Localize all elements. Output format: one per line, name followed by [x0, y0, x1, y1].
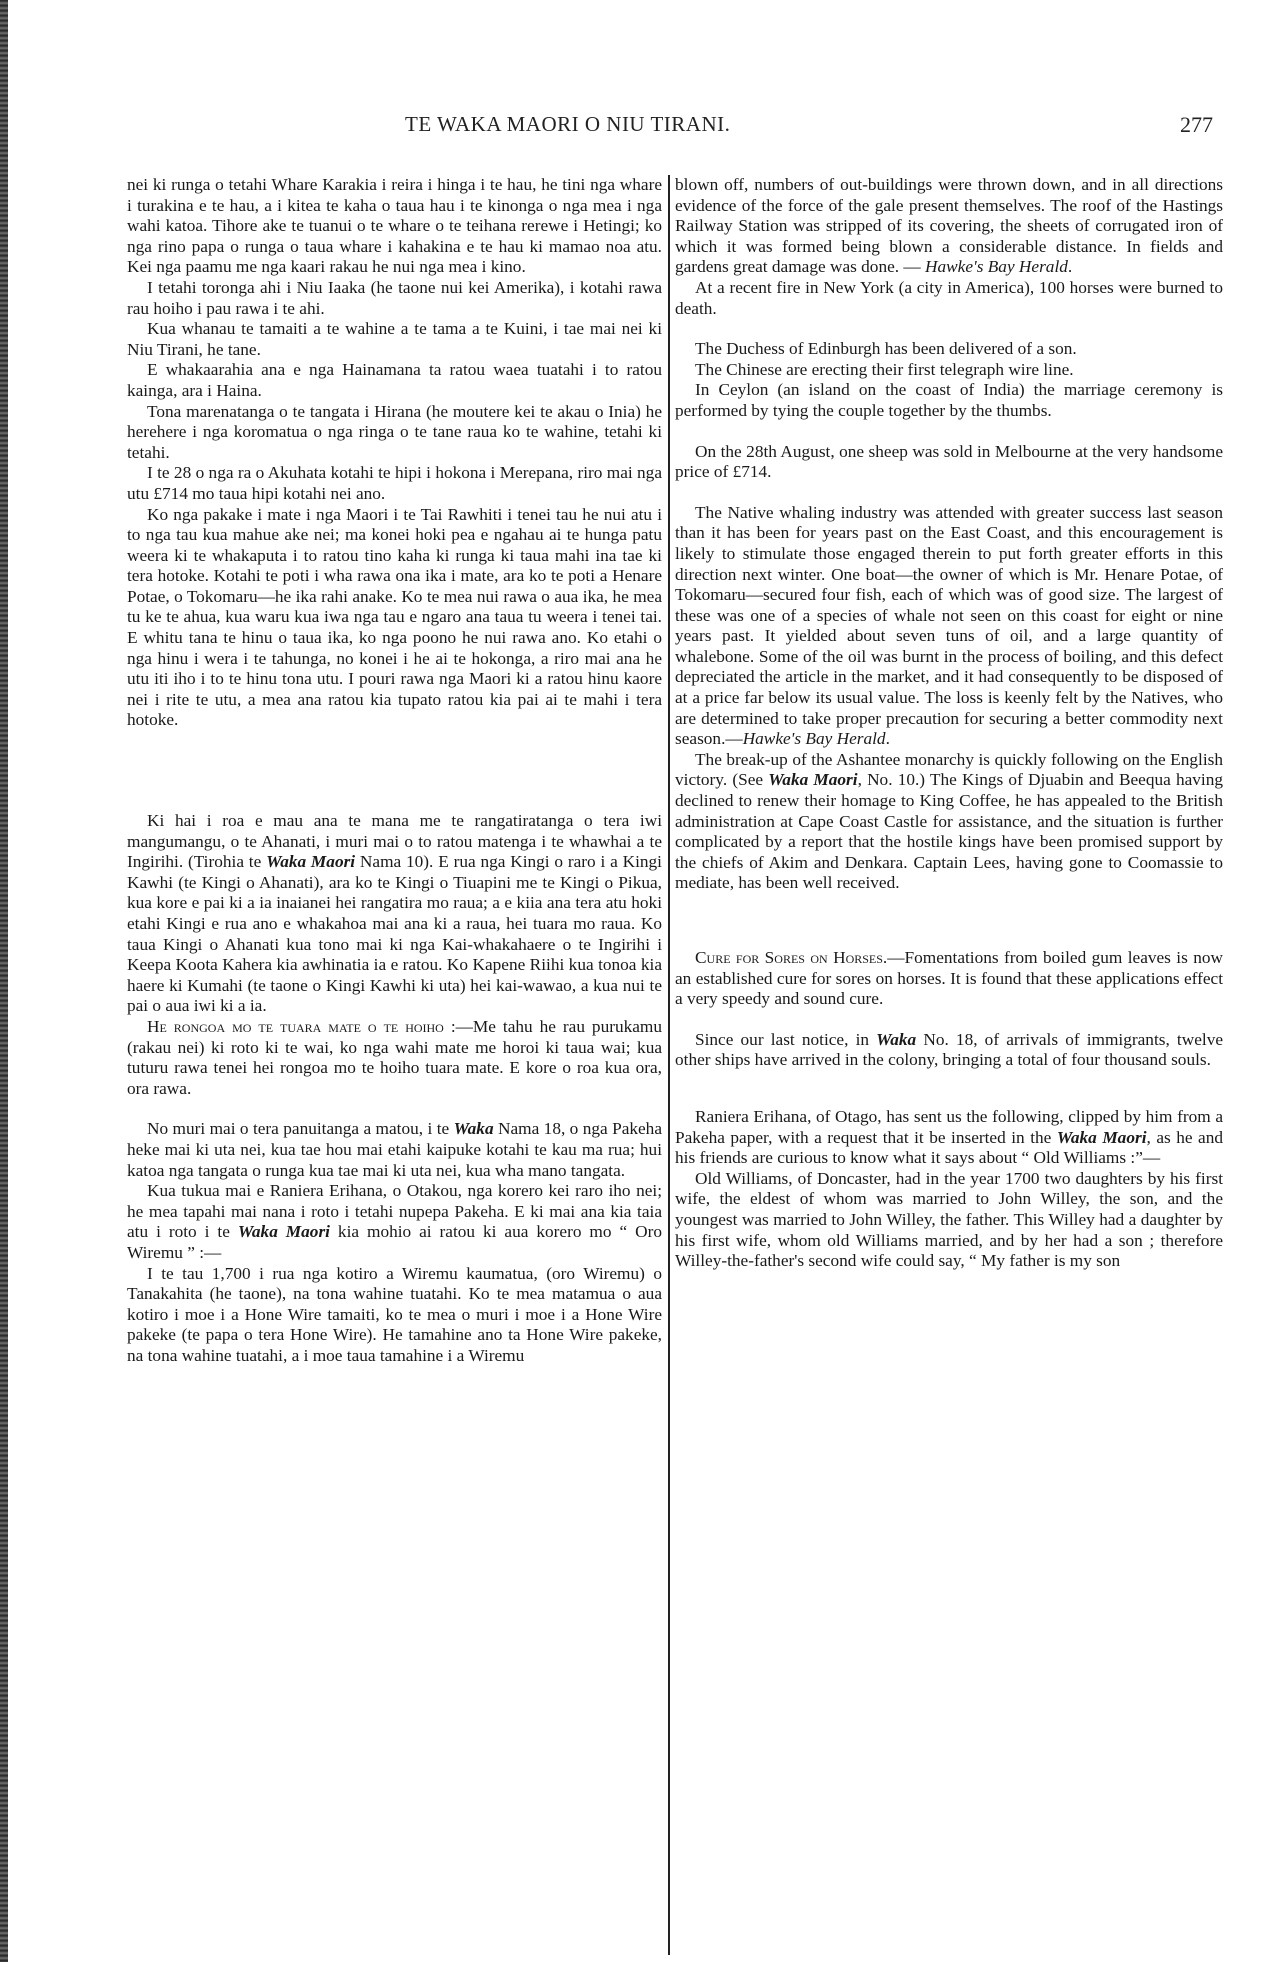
source-citation: Hawke's Bay Herald [743, 729, 886, 748]
paragraph-horse-cure-english: Cure for Sores on Horses.—Fomentations f… [675, 948, 1223, 1010]
left-column-maori: nei ki runga o tetahi Whare Karakia i re… [127, 175, 662, 1366]
page-binding-edge [0, 0, 8, 1962]
paragraph-ceylon-english: In Ceylon (an island on the coast of Ind… [675, 380, 1223, 421]
right-column-english: blown off, numbers of out-buildings were… [675, 175, 1223, 1272]
paragraph-whaling-maori: Ko nga pakake i mate i nga Maori i te Ta… [127, 505, 662, 732]
paragraph-fire-english: At a recent fire in New York (a city in … [675, 278, 1223, 319]
publication-name: Waka [454, 1119, 494, 1138]
paragraph-old-williams-maori: I te tau 1,700 i rua nga kotiro a Wiremu… [127, 1264, 662, 1367]
paragraph-telegraph-maori: E whakaarahia ana e nga Hainamana ta rat… [127, 360, 662, 401]
paragraph-telegraph-english: The Chinese are erecting their first tel… [675, 360, 1223, 381]
paragraph-storm-maori: nei ki runga o tetahi Whare Karakia i re… [127, 175, 662, 278]
paragraph-raniera-maori: Kua tukua mai e Raniera Erihana, o Otako… [127, 1181, 662, 1263]
paragraph-ceylon-maori: Tona marenatanga o te tangata i Hirana (… [127, 402, 662, 464]
paragraph-duchess-english: The Duchess of Edinburgh has been delive… [675, 339, 1223, 360]
page-number: 277 [1180, 112, 1213, 138]
paragraph-raniera-english: Raniera Erihana, of Otago, has sent us t… [675, 1107, 1223, 1169]
paragraph-storm-english: blown off, numbers of out-buildings were… [675, 175, 1223, 278]
paragraph-immigrants-maori: No muri mai o tera panuitanga a matou, i… [127, 1119, 662, 1181]
paragraph-sheep-maori: I te 28 o nga ra o Akuhata kotahi te hip… [127, 463, 662, 504]
section-heading: Cure for Sores on Horses. [695, 948, 887, 967]
paragraph-ashantee-maori: Ki hai i roa e mau ana te mana me te ran… [127, 811, 662, 1017]
paragraph-whaling-english: The Native whaling industry was attended… [675, 503, 1223, 750]
paragraph-fire-maori: I tetahi toronga ahi i Niu Iaaka (he tao… [127, 278, 662, 319]
page-header: TE WAKA MAORI O NIU TIRANI. 277 [0, 112, 1280, 142]
paragraph-horse-cure-maori: He rongoa mo te tuara mate o te hoiho :—… [127, 1017, 662, 1099]
section-heading: He rongoa mo te tuara mate o te hoiho [147, 1017, 444, 1036]
publication-name: Waka Maori [1057, 1128, 1147, 1147]
publication-name: Waka Maori [768, 770, 857, 789]
publication-name: Waka Maori [266, 852, 355, 871]
paragraph-duchess-maori: Kua whanau te tamaiti a te wahine a te t… [127, 319, 662, 360]
column-divider [668, 175, 670, 1955]
newspaper-title: TE WAKA MAORI O NIU TIRANI. [405, 112, 730, 137]
paragraph-sheep-english: On the 28th August, one sheep was sold i… [675, 442, 1223, 483]
source-citation: Hawke's Bay Herald [925, 257, 1068, 276]
paragraph-ashantee-english: The break-up of the Ashantee monarchy is… [675, 750, 1223, 894]
publication-name: Waka Maori [238, 1222, 330, 1241]
paragraph-immigrants-english: Since our last notice, in Waka No. 18, o… [675, 1030, 1223, 1071]
publication-name: Waka [876, 1030, 916, 1049]
paragraph-old-williams-english: Old Williams, of Doncaster, had in the y… [675, 1169, 1223, 1272]
